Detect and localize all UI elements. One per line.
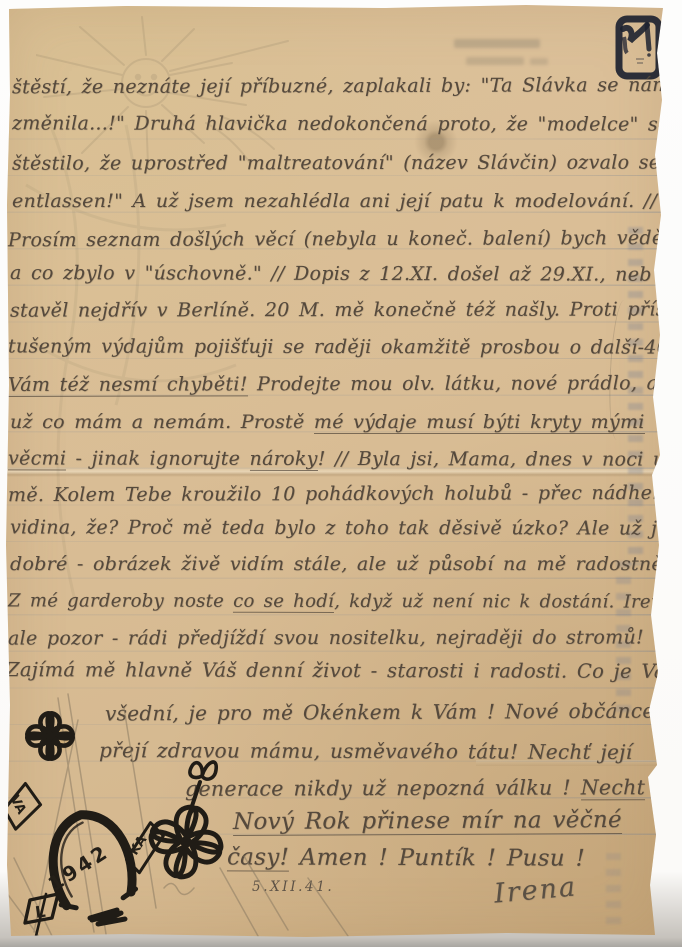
letter-line: Vám též nesmí chyběti! Prodejte mou olv.… bbox=[8, 372, 666, 396]
letter-text-segment: Vám též nesmí chyběti! bbox=[8, 373, 248, 397]
letter-text-segment: mé výdaje musí býti kryty mými bbox=[314, 411, 645, 434]
signature: Irena bbox=[493, 871, 578, 909]
letter-line: stavěl nejdřív v Berlíně. 20 M. mě koneč… bbox=[10, 298, 666, 321]
letter-text-segment: dobré - obrázek živě vidím stále, ale už… bbox=[10, 553, 666, 575]
letter-line: změnila...!" Druhá hlavička nedokončená … bbox=[12, 112, 666, 135]
letter-text-segment: už co mám a nemám. Prostě bbox=[10, 411, 314, 433]
letter-line: mě. Kolem Tebe kroužilo 10 pohádkových h… bbox=[8, 482, 666, 506]
letter-line: dobré - obrázek živě vidím stále, ale už… bbox=[10, 553, 666, 575]
letter-line: entlassen!" A už jsem nezahlédla ani jej… bbox=[12, 190, 657, 212]
letter-text-segment: , když už není nic k dostání. Irence lyž… bbox=[334, 591, 666, 613]
letter-text-segment: Prosím seznam došlých věcí (nebyla u kon… bbox=[8, 227, 666, 252]
letter-text-segment: tušeným výdajům pojišťuji se raději okam… bbox=[8, 335, 666, 358]
letter-text-segment: nároky bbox=[250, 448, 318, 471]
letter-paper: štěstí, že neznáte její příbuzné, zaplak… bbox=[6, 5, 666, 938]
letter-text-segment: štěstilo, že uprostřed "maltreatování" (… bbox=[12, 151, 666, 174]
letter-text-segment: štěstí, že neznáte její příbuzné, zaplak… bbox=[12, 74, 666, 99]
bleedthrough-stamp-text bbox=[446, 35, 556, 77]
scanned-letter-page: { "document": { "kind": "handwritten let… bbox=[0, 0, 682, 947]
letter-line: a co zbylo v "úschovně." // Dopis z 12.X… bbox=[10, 262, 666, 286]
letter-text-segment: věcmi bbox=[8, 447, 66, 470]
letter-text-segment: stavěl nejdřív v Berlíně. 20 M. mě koneč… bbox=[10, 298, 666, 321]
letter-text-segment: Prodejte mou olv. látku, nové prádlo, a … bbox=[248, 372, 666, 395]
letter-line: Prosím seznam došlých věcí (nebyla u kon… bbox=[8, 227, 666, 252]
letter-line: ale pozor - rádi předjíždí svou nositelk… bbox=[8, 626, 644, 649]
ink-drawings: 1942 VA KA L bbox=[6, 680, 406, 938]
ribbon-left-label: VA bbox=[6, 793, 28, 817]
letter-text-segment: vidina, že? Proč mě teda bylo z toho tak… bbox=[10, 516, 666, 539]
foliage-bleedthrough-sketch bbox=[6, 105, 326, 625]
letter-text-segment: entlassen!" A už jsem nezahlédla ani jej… bbox=[12, 190, 657, 212]
letter-text-segment: Necht bbox=[581, 775, 646, 800]
bleedthrough-vertical-text bbox=[606, 853, 621, 933]
letter-line: Z mé garderoby noste co se hodí, když už… bbox=[8, 590, 666, 612]
letter-line: štěstí, že neznáte její příbuzné, zaplak… bbox=[12, 74, 666, 99]
letter-text-segment: změnila...!" Druhá hlavička nedokončená … bbox=[12, 112, 666, 135]
letter-text-segment: ! // Byla jsi, Mama, dnes v noci u bbox=[318, 448, 666, 471]
letter-line: tušeným výdajům pojišťuji se raději okam… bbox=[8, 335, 666, 358]
letter-text-segment: co se hodí bbox=[233, 591, 334, 613]
letter-text-segment: Z mé garderoby noste bbox=[8, 590, 233, 611]
letter-line: věcmi - jinak ignorujte nároky! // Byla … bbox=[8, 447, 665, 470]
letter-text-segment: mě. Kolem Tebe kroužilo 10 pohádkových h… bbox=[8, 482, 666, 506]
letter-line: štěstilo, že uprostřed "maltreatování" (… bbox=[12, 151, 666, 174]
letter-text-segment: ale pozor - rádi předjíždí svou nositelk… bbox=[8, 626, 644, 649]
letter-line: už co mám a nemám. Prostě mé výdaje musí… bbox=[10, 411, 645, 433]
letter-text-segment: - jinak ignorujte bbox=[66, 448, 249, 470]
letter-text-segment: a co zbylo v "úschovně." // Dopis z 12.X… bbox=[10, 262, 666, 286]
letter-line: vidina, že? Proč mě teda bylo z toho tak… bbox=[10, 516, 666, 539]
